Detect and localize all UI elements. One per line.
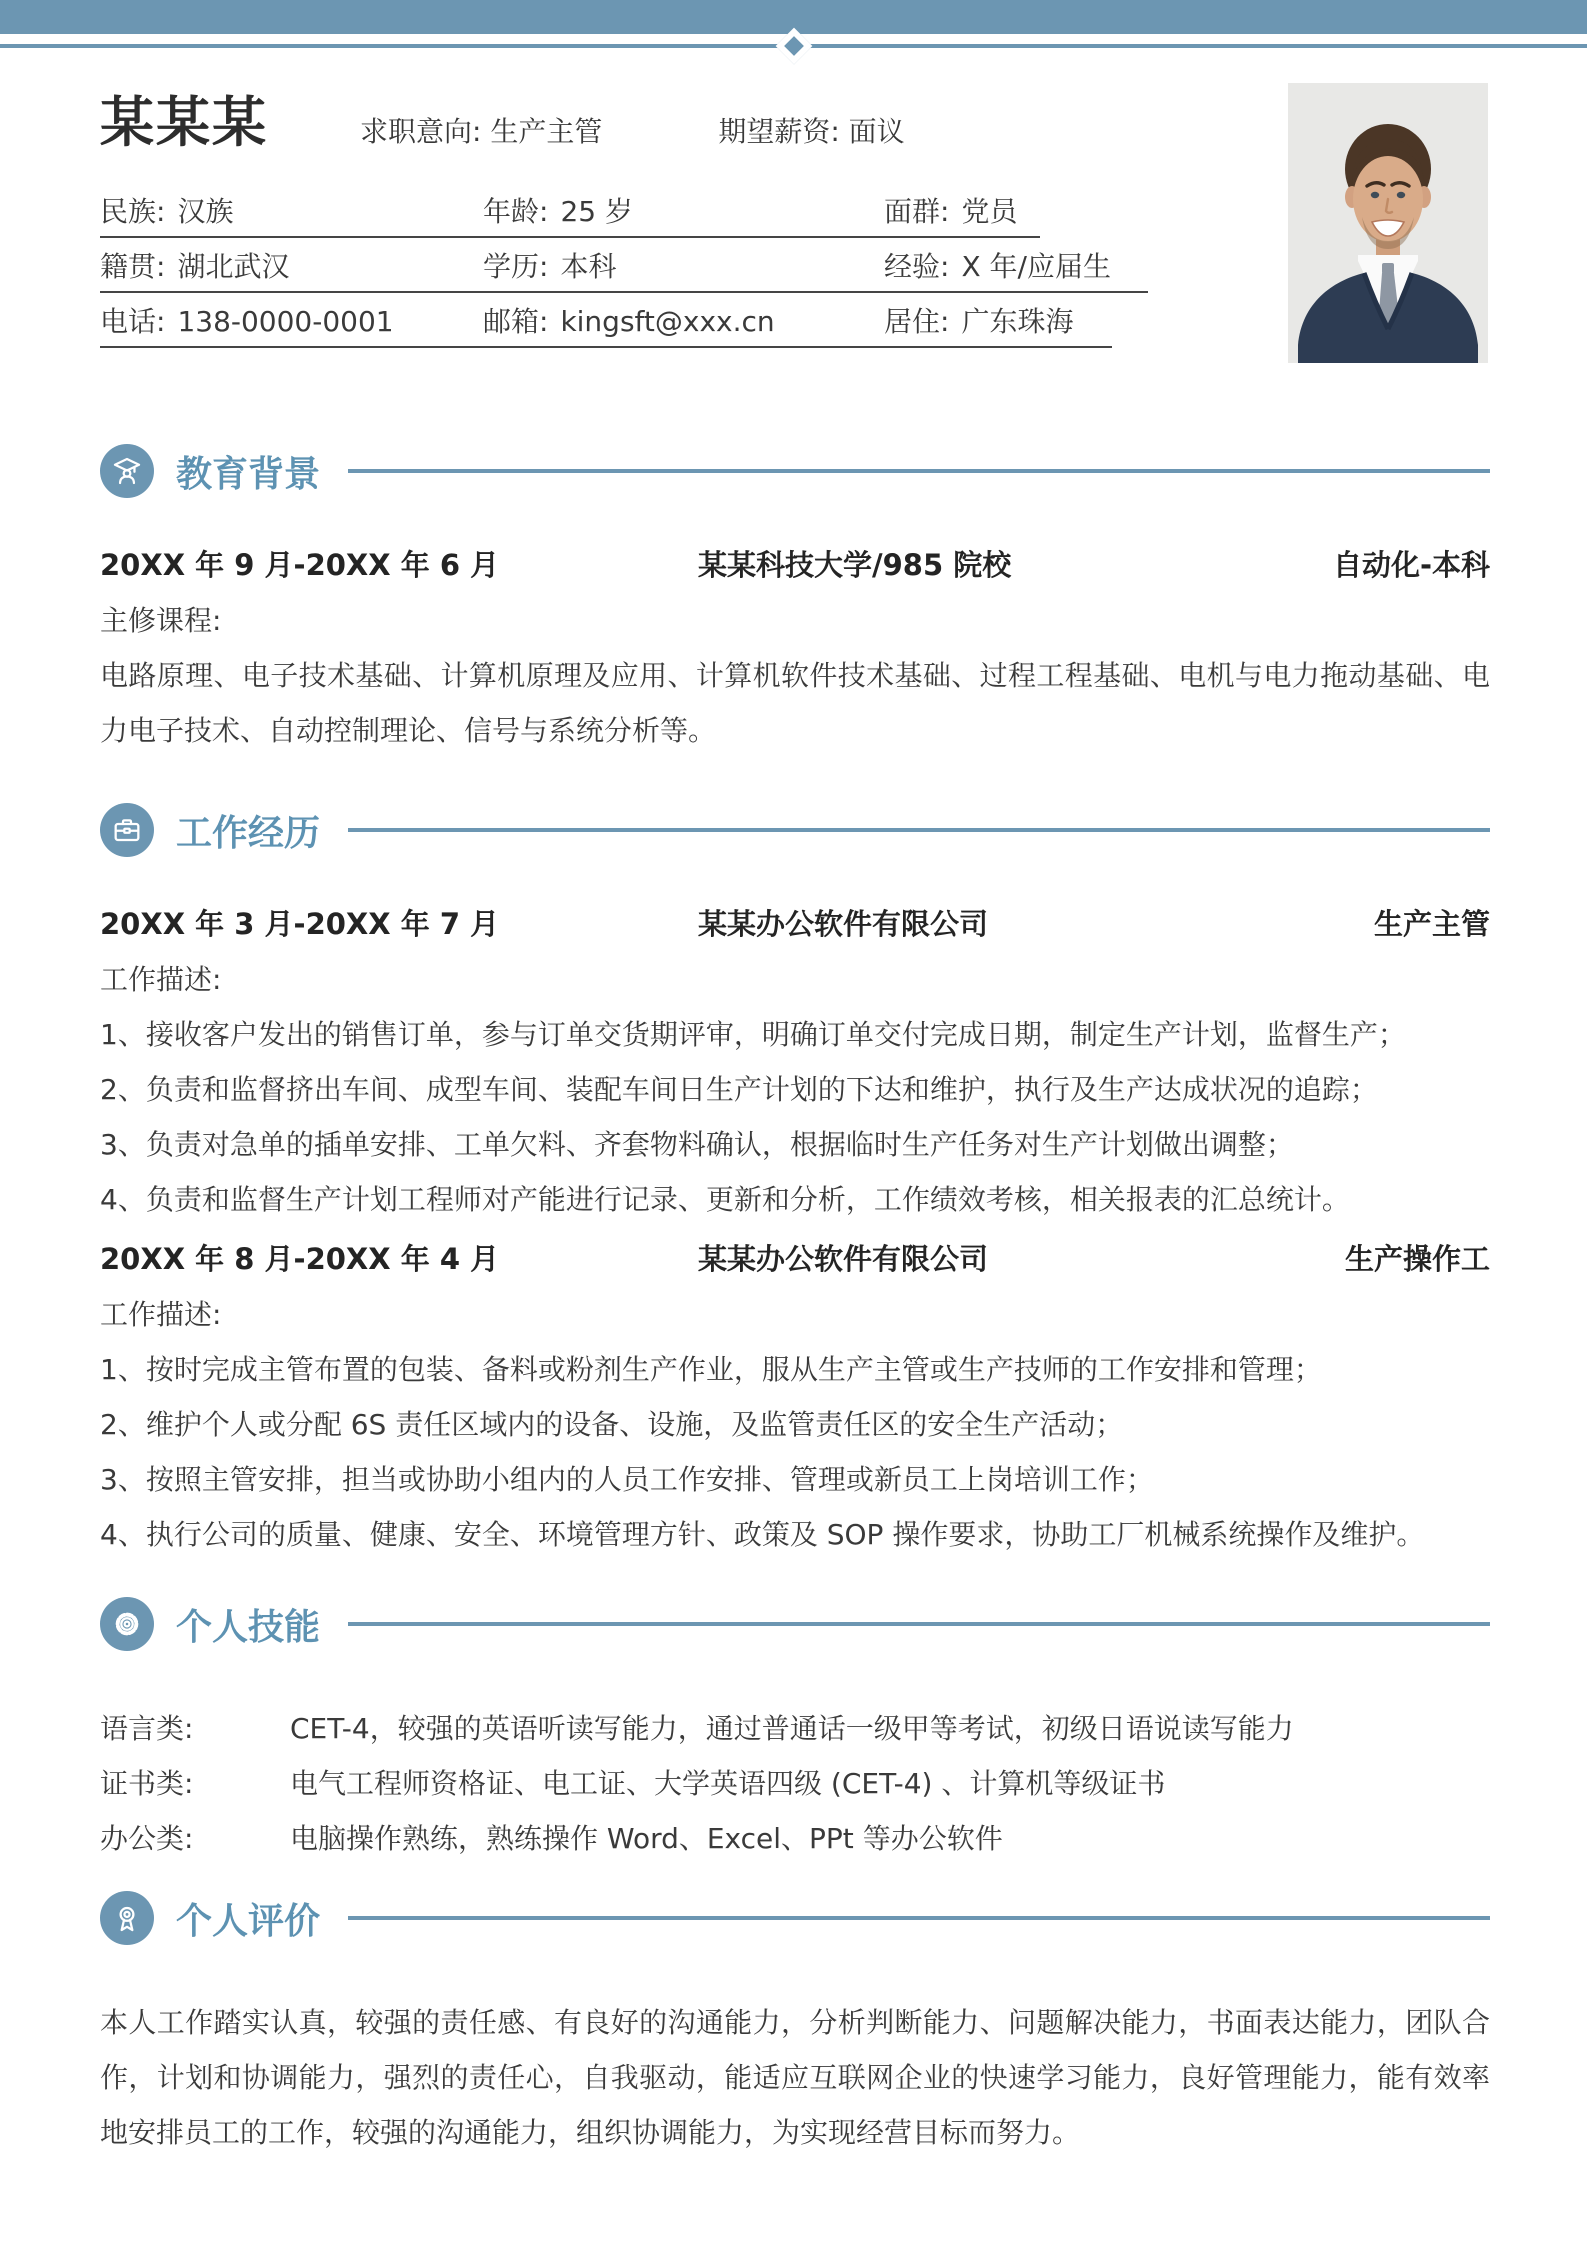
info-cell-hometown: 籍贯:湖北武汉 — [100, 249, 483, 285]
job-desc-item: 4、负责和监督生产计划工程师对产能进行记录、更新和分析，工作绩效考核，相关报表的… — [100, 1172, 1490, 1227]
job-position: 生产主管 — [1374, 897, 1490, 952]
skill-line-certificates: 证书类: 电气工程师资格证、电工证、大学英语四级 (CET-4) 、计算机等级证… — [100, 1756, 1490, 1811]
info-value: 25 岁 — [560, 195, 633, 228]
courses-label: 主修课程: — [100, 593, 1490, 648]
job-desc-item: 1、接收客户发出的销售订单，参与订单交货期评审，明确订单交付完成日期，制定生产计… — [100, 1007, 1490, 1062]
section-header-skills: 个人技能 — [100, 1597, 1490, 1651]
info-cell-age: 年龄:25 岁 — [483, 194, 884, 230]
section-divider-line — [348, 469, 1490, 473]
section-title: 教育背景 — [176, 446, 320, 497]
info-label: 民族: — [100, 195, 165, 228]
info-cell-degree: 学历:本科 — [483, 249, 884, 285]
info-value: 党员 — [961, 195, 1017, 228]
section-title: 个人评价 — [176, 1893, 320, 1944]
evaluation-text: 本人工作踏实认真，较强的责任感、有良好的沟通能力，分析判断能力、问题解决能力，书… — [100, 1995, 1490, 2160]
section-divider-line — [348, 1916, 1490, 1920]
skill-label: 办公类: — [100, 1811, 290, 1866]
info-value: 138-0000-0001 — [177, 305, 393, 338]
job-desc-item: 3、负责对急单的插单安排、工单欠料、齐套物料确认，根据临时生产任务对生产计划做出… — [100, 1117, 1490, 1172]
info-value: kingsft@xxx.cn — [560, 305, 774, 338]
job-desc-item: 1、按时完成主管布置的包装、备料或粉剂生产作业，服从生产主管或生产技师的工作安排… — [100, 1342, 1490, 1397]
candidate-name: 某某某 — [100, 94, 268, 152]
skill-line-office: 办公类: 电脑操作熟练，熟练操作 Word、Excel、PPt 等办公软件 — [100, 1811, 1490, 1866]
job-period: 20XX 年 3 月-20XX 年 7 月 — [100, 897, 698, 952]
info-row: 电话:138-0000-0001 邮箱:kingsft@xxx.cn 居住:广东… — [100, 304, 1112, 348]
info-label: 经验: — [884, 250, 949, 283]
briefcase-icon — [111, 814, 143, 846]
education-entry: 20XX 年 9 月-20XX 年 6 月 某某科技大学/985 院校 自动化-… — [100, 538, 1490, 593]
section-divider-line — [348, 1622, 1490, 1626]
education-period: 20XX 年 9 月-20XX 年 6 月 — [100, 538, 698, 593]
education-icon-badge — [100, 444, 154, 498]
expected-salary: 期望薪资: 面议 — [718, 110, 904, 150]
info-cell-ethnicity: 民族:汉族 — [100, 194, 483, 230]
info-cell-location: 居住:广东珠海 — [884, 304, 1112, 340]
skill-value: 电气工程师资格证、电工证、大学英语四级 (CET-4) 、计算机等级证书 — [290, 1756, 1165, 1811]
job-desc-item: 2、维护个人或分配 6S 责任区域内的设备、设施，及监管责任区的安全生产活动； — [100, 1397, 1490, 1452]
graduate-cap-icon — [111, 455, 143, 487]
section-title: 个人技能 — [176, 1599, 320, 1650]
work-icon-badge — [100, 803, 154, 857]
job-period: 20XX 年 8 月-20XX 年 4 月 — [100, 1232, 698, 1287]
info-value: 本科 — [560, 250, 616, 283]
gear-icon — [111, 1608, 143, 1640]
job-desc-label: 工作描述: — [100, 1287, 1490, 1342]
info-label: 籍贯: — [100, 250, 165, 283]
job-desc-label: 工作描述: — [100, 952, 1490, 1007]
info-row: 籍贯:湖北武汉 学历:本科 经验:X 年/应届生 — [100, 249, 1148, 293]
section-header-education: 教育背景 — [100, 444, 1490, 498]
section-header-evaluation: 个人评价 — [100, 1891, 1490, 1945]
skill-value: 电脑操作熟练，熟练操作 Word、Excel、PPt 等办公软件 — [290, 1811, 1003, 1866]
evaluation-icon-badge — [100, 1891, 154, 1945]
job-position: 生产操作工 — [1345, 1232, 1490, 1287]
info-label: 年龄: — [483, 195, 548, 228]
job-entry: 20XX 年 8 月-20XX 年 4 月 某某办公软件有限公司 生产操作工 — [100, 1232, 1490, 1287]
medal-icon — [111, 1902, 143, 1934]
info-label: 电话: — [100, 305, 165, 338]
info-label: 学历: — [483, 250, 548, 283]
skills-icon-badge — [100, 1597, 154, 1651]
job-intention: 求职意向: 生产主管 — [360, 110, 602, 150]
info-label: 居住: — [884, 305, 949, 338]
job-company: 某某办公软件有限公司 — [698, 1232, 1345, 1287]
info-value: X 年/应届生 — [961, 250, 1111, 283]
job-desc-item: 3、按照主管安排，担当或协助小组内的人员工作安排、管理或新员工上岗培训工作； — [100, 1452, 1490, 1507]
info-value: 湖北武汉 — [177, 250, 289, 283]
info-value: 汉族 — [177, 195, 233, 228]
job-desc-item: 4、执行公司的质量、健康、安全、环境管理方针、政策及 SOP 操作要求，协助工厂… — [100, 1507, 1490, 1562]
education-major: 自动化-本科 — [1333, 538, 1490, 593]
section-divider-line — [348, 828, 1490, 832]
job-company: 某某办公软件有限公司 — [698, 897, 1374, 952]
education-school: 某某科技大学/985 院校 — [698, 538, 1333, 593]
courses-text: 电路原理、电子技术基础、计算机原理及应用、计算机软件技术基础、过程工程基础、电机… — [100, 648, 1490, 758]
info-label: 邮箱: — [483, 305, 548, 338]
skill-value: CET-4，较强的英语听读写能力，通过普通话一级甲等考试，初级日语说读写能力 — [290, 1701, 1294, 1756]
info-cell-email: 邮箱:kingsft@xxx.cn — [483, 304, 884, 340]
info-label: 面群: — [884, 195, 949, 228]
job-desc-item: 2、负责和监督挤出车间、成型车间、装配车间日生产计划的下达和维护，执行及生产达成… — [100, 1062, 1490, 1117]
top-rule — [0, 44, 1587, 48]
job-entry: 20XX 年 3 月-20XX 年 7 月 某某办公软件有限公司 生产主管 — [100, 897, 1490, 952]
info-cell-political: 面群:党员 — [884, 194, 1040, 230]
info-value: 广东珠海 — [961, 305, 1073, 338]
info-cell-experience: 经验:X 年/应届生 — [884, 249, 1148, 285]
personal-info: 民族:汉族 年龄:25 岁 面群:党员 籍贯:湖北武汉 学历:本科 经验:X 年… — [100, 194, 1490, 348]
info-row: 民族:汉族 年龄:25 岁 面群:党员 — [100, 194, 1040, 238]
section-title: 工作经历 — [176, 805, 320, 856]
resume-page: { "colors": { "accent": "#6c96b2", "sect… — [0, 0, 1587, 2245]
section-header-work: 工作经历 — [100, 803, 1490, 857]
skill-label: 语言类: — [100, 1701, 290, 1756]
skill-label: 证书类: — [100, 1756, 290, 1811]
skill-line-language: 语言类: CET-4，较强的英语听读写能力，通过普通话一级甲等考试，初级日语说读… — [100, 1701, 1490, 1756]
info-cell-phone: 电话:138-0000-0001 — [100, 304, 483, 340]
header-row: 某某某 求职意向: 生产主管 期望薪资: 面议 — [100, 94, 1490, 152]
